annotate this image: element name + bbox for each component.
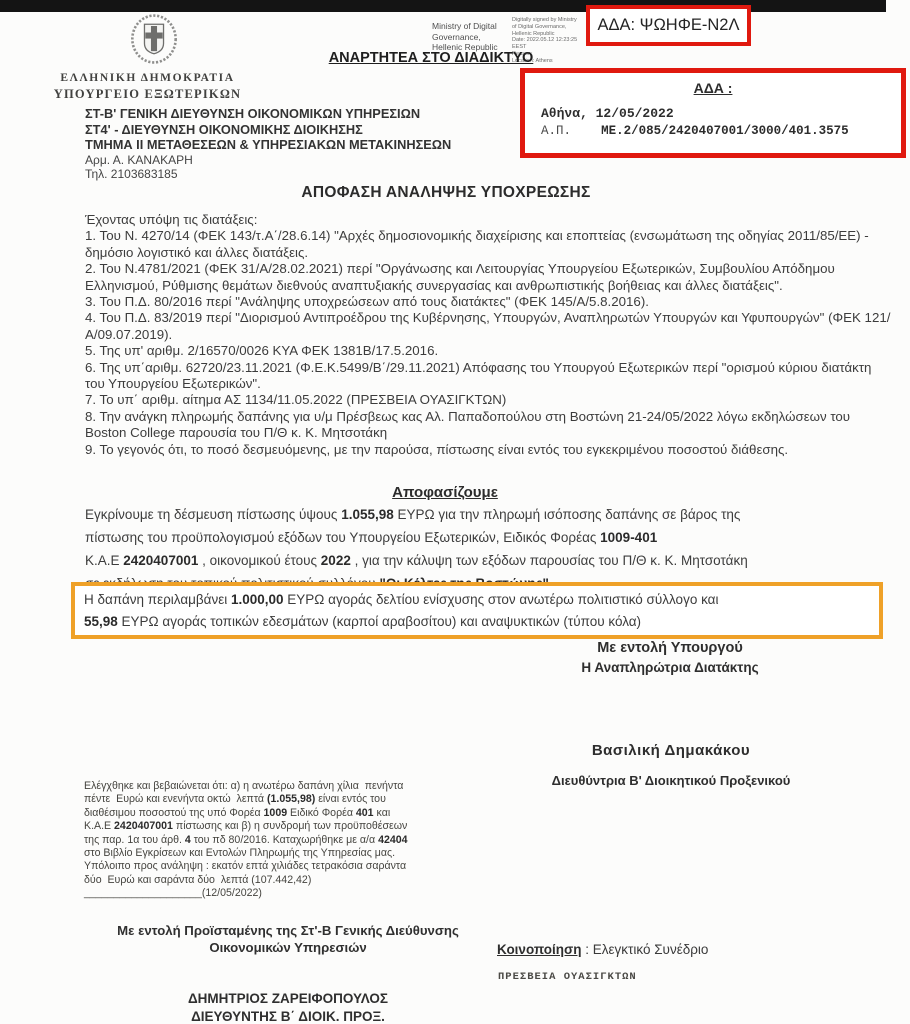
by-order-line: Με εντολή Υπουργού [534,640,806,656]
protocol-value: ΜΕ.2/085/2420407001/3000/401.3575 [601,124,849,138]
signatory2-role: ΔΙΕΥΘΥΝΤΗΣ Β΄ ΔΙΟΙΚ. ΠΡΟΞ. [150,1008,426,1024]
notification-line: Κοινοποίηση : Ελεγκτικό Συνέδριο [497,942,708,957]
ada-protocol-box: ΑΔΑ : Αθήνα, 12/05/2022 Α.Π. ΜΕ.2/085/24… [520,68,906,158]
issuing-authority: ΕΛΛΗΝΙΚΗ ΔΗΜΟΚΡΑΤΙΑ ΥΠΟΥΡΓΕΙΟ ΕΞΩΤΕΡΙΚΩΝ [25,72,270,102]
notification-label: Κοινοποίηση [497,942,582,957]
by-order-of-head-block: Με εντολή Προϊσταμένης της Στ'-Β Γενικής… [100,922,476,956]
department-line: ΤΜΗΜΑ ΙΙ ΜΕΤΑΘΕΣΕΩΝ & ΥΠΗΡΕΣΙΑΚΩΝ ΜΕΤΑΚΙ… [85,137,515,153]
document-page: ΑΔΑ: ΨΩΗΦΕ-Ν2Λ Ministry of Digital Gover… [0,0,910,1024]
directorate-general-line: ΣΤ-Β' ΓΕΝΙΚΗ ΔΙΕΥΘΥΝΣΗ ΟΙΚΟΝΟΜΙΚΩΝ ΥΠΗΡΕ… [85,106,515,122]
signatory-role: Διευθύντρια Β' Διοικητικού Προξενικού [520,773,822,788]
consideration-item: 5. Της υπ' αριθμ. 2/16570/0026 ΚΥΑ ΦΕΚ 1… [85,343,893,359]
decision-heading: Αποφασίζουμε [0,484,890,501]
consideration-item: 3. Του Π.Δ. 80/2016 περί "Ανάληψης υποχρ… [85,294,893,310]
consideration-item: 4. Του Π.Δ. 83/2019 περί "Διορισμού Αντι… [85,310,893,343]
ministry-foreign-affairs-label: ΥΠΟΥΡΓΕΙΟ ΕΞΩΤΕΡΙΚΩΝ [25,87,270,102]
document-title: ΑΠΟΦΑΣΗ ΑΝΑΛΗΨΗΣ ΥΠΟΧΡΕΩΣΗΣ [0,184,892,202]
hellenic-republic-label: ΕΛΛΗΝΙΚΗ ΔΗΜΟΚΡΑΤΙΑ [25,72,270,84]
sender-department-block: ΣΤ-Β' ΓΕΝΙΚΗ ΔΙΕΥΘΥΝΣΗ ΟΙΚΟΝΟΜΙΚΩΝ ΥΠΗΡΕ… [85,106,515,182]
consideration-item: 2. Του Ν.4781/2021 (ΦΕΚ 31/Α/28.02.2021)… [85,261,893,294]
ada-box-label: ΑΔΑ : [525,80,901,96]
consideration-item: Έχοντας υπόψη τις διατάξεις: [85,212,893,228]
internet-posting-notice: ΑΝΑΡΤΗΤΕΑ ΣΤΟ ΔΙΑΔΙΚΤΥΟ [300,50,562,66]
protocol-number-line: Α.Π. ΜΕ.2/085/2420407001/3000/401.3575 [541,124,901,138]
city-and-date: Αθήνα, 12/05/2022 [541,106,901,121]
digital-governance-stamp: Ministry of Digital Governance, Hellenic… [432,21,498,53]
ada-code-badge: ΑΔΑ: ΨΩΗΦΕ-Ν2Λ [586,5,751,46]
considerations-list: Έχοντας υπόψη τις διατάξεις:1. Του Ν. 42… [85,212,893,458]
notification-recipient: ΠΡΕΣΒΕΙΑ ΟΥΑΣΙΓΚΤΩΝ [498,971,637,983]
signatory-director-b-block: ΔΗΜΗΤΡΙΟΣ ΖΑΡΕΙΦΟΠΟΥΛΟΣ ΔΙΕΥΘΥΝΤΗΣ Β΄ ΔΙ… [150,990,426,1024]
by-order-of-minister-block: Με εντολή Υπουργού Η Αναπληρώτρια Διατάκ… [534,640,806,675]
signatory2-name: ΔΗΜΗΤΡΙΟΣ ΖΑΡΕΙΦΟΠΟΥΛΟΣ [150,990,426,1008]
handler-line: Αρμ. Α. ΚΑΝΑΚΑΡΗ [85,153,515,168]
expense-breakdown-highlight-box: Η δαπάνη περιλαμβάνει 1.000,00 ΕΥΡΩ αγορ… [71,582,883,639]
top-black-bar [0,0,886,12]
consideration-item: 8. Την ανάγκη πληρωμής δαπάνης για υ/μ Π… [85,409,893,442]
ada-code-text: ΑΔΑ: ΨΩΗΦΕ-Ν2Λ [597,16,739,35]
by-order-head-line2: Οικονομικών Υπηρεσιών [100,939,476,956]
deputy-authorizer-line: Η Αναπληρώτρια Διατάκτης [534,660,806,675]
hellenic-republic-emblem-icon [128,13,180,65]
protocol-label: Α.Π. [541,124,571,138]
verification-note: Ελέγχθηκε και βεβαιώνεται ότι: α) η ανωτ… [84,780,488,901]
consideration-item: 1. Του Ν. 4270/14 (ΦΕΚ 143/τ.Α΄/28.6.14)… [85,228,893,261]
by-order-head-line1: Με εντολή Προϊσταμένης της Στ'-Β Γενικής… [100,922,476,939]
notification-value: : Ελεγκτικό Συνέδριο [582,942,709,957]
consideration-item: 9. Το γεγονός ότι, το ποσό δεσμευόμενης,… [85,442,893,458]
directorate-line: ΣΤ4' - ΔΙΕΥΘΥΝΣΗ ΟΙΚΟΝΟΜΙΚΗΣ ΔΙΟΙΚΗΣΗΣ [85,122,515,138]
signatory-director-block: Βασιλική Δημακάκου Διευθύντρια Β' Διοικη… [520,742,822,788]
signatory-name: Βασιλική Δημακάκου [520,742,822,759]
consideration-item: 6. Της υπ΄αριθμ. 62720/23.11.2021 (Φ.Ε.Κ… [85,360,893,393]
phone-line: Τηλ. 2103683185 [85,167,515,182]
consideration-item: 7. Το υπ΄ αριθμ. αίτημα ΑΣ 1134/11.05.20… [85,392,893,408]
